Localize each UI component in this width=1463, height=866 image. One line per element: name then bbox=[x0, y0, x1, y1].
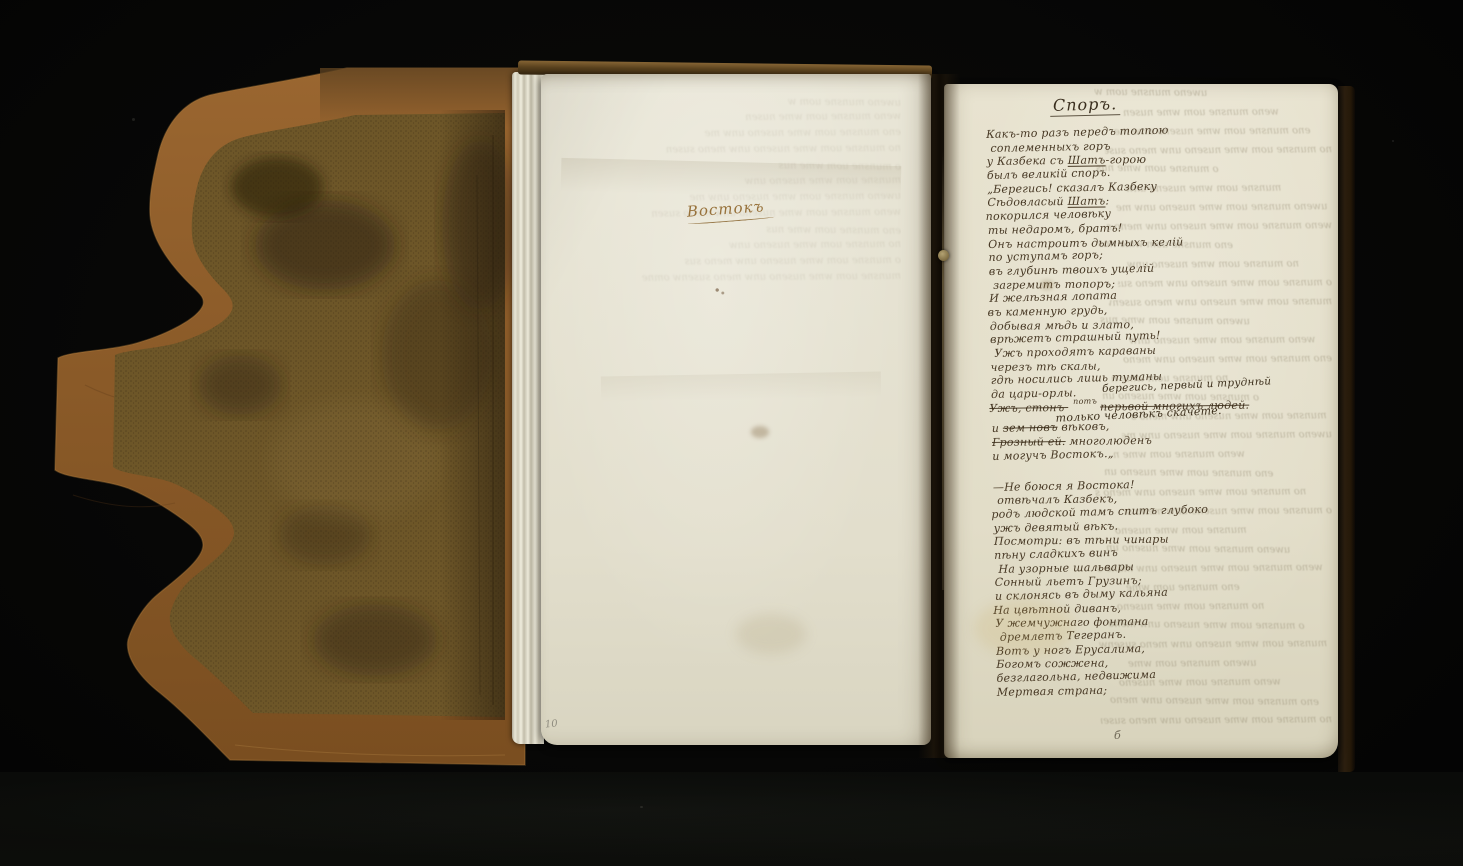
binding-thread-knot bbox=[938, 250, 949, 261]
ink-bleedthrough-line: no munsne uom wme nuseno unw meno susenw bbox=[1101, 714, 1332, 735]
poem-title: Споръ. bbox=[1050, 94, 1121, 117]
dust-speck bbox=[1392, 140, 1394, 142]
poem-text: Мертвая страна; bbox=[997, 684, 1108, 699]
poem-text: покорился человѣку bbox=[986, 207, 1112, 223]
poem-text: пѣну сладкихъ винъ bbox=[994, 546, 1118, 562]
poem-text: зем новъ bbox=[1003, 421, 1058, 435]
poem-text: —Не боюся я Востока! bbox=[993, 478, 1135, 494]
page-crease bbox=[601, 372, 881, 403]
stain bbox=[974, 599, 1074, 657]
photograph-background: uweno munsne uom wweno munsne uom wme nu… bbox=[0, 0, 1463, 866]
stain bbox=[1040, 280, 1054, 290]
poem-text: и bbox=[992, 422, 1003, 435]
poem-text: въ глубинѣ твоихъ ущелій bbox=[989, 262, 1155, 278]
binding-thread bbox=[942, 150, 944, 590]
left-page: uweno munsne uom wweno munsne uom wme nu… bbox=[541, 74, 931, 745]
ink-bleedthrough-line: uweno munsne uom w bbox=[1094, 88, 1332, 108]
poem-text: : bbox=[1105, 195, 1109, 208]
table-felt-surface bbox=[0, 772, 1463, 866]
poem-text: и могучъ Востокъ.„ bbox=[992, 447, 1114, 463]
poem-text: соплеменныхъ горъ bbox=[990, 139, 1111, 154]
poem-text: Грозный ей. bbox=[992, 435, 1066, 449]
poem-text: И желѣзная лопата bbox=[989, 289, 1117, 305]
stain bbox=[751, 426, 769, 438]
leather-flap bbox=[25, 55, 565, 775]
page-stack-edges bbox=[512, 72, 544, 744]
poem-text: у Казбека съ bbox=[987, 154, 1068, 168]
poem-text: да цари-орлы. bbox=[991, 386, 1077, 401]
page-number: б bbox=[1114, 729, 1121, 742]
poem-text: На узорные шальвары bbox=[998, 560, 1134, 576]
poem-text: ужъ девятый вѣкъ. bbox=[994, 519, 1119, 534]
right-page: uweno munsne uom wweno munsne uom wme nu… bbox=[944, 84, 1338, 758]
poem-text: ты недаромъ, братъ! bbox=[988, 221, 1123, 237]
poem-text: Ужъ проходятъ караваны bbox=[994, 344, 1156, 360]
poem-text: былъ великій споръ. bbox=[987, 166, 1111, 182]
stain bbox=[736, 614, 806, 654]
ink-bleedthrough-line: munsne uom wme nuseno unw meno susenw om… bbox=[586, 271, 901, 289]
ink-bleedthrough-line: eno munsne uom wme nuseno unw meno bbox=[1110, 695, 1332, 716]
poem-text: по уступамъ горъ; bbox=[988, 248, 1103, 264]
pencil-folio-mark: 10 bbox=[544, 718, 558, 730]
poem-text: потъ bbox=[1073, 396, 1097, 405]
ink-stain bbox=[713, 286, 727, 296]
poem-text: въ каменную грудь, bbox=[987, 304, 1107, 319]
gutter-shadow bbox=[918, 74, 960, 758]
dust-speck bbox=[640, 806, 643, 808]
